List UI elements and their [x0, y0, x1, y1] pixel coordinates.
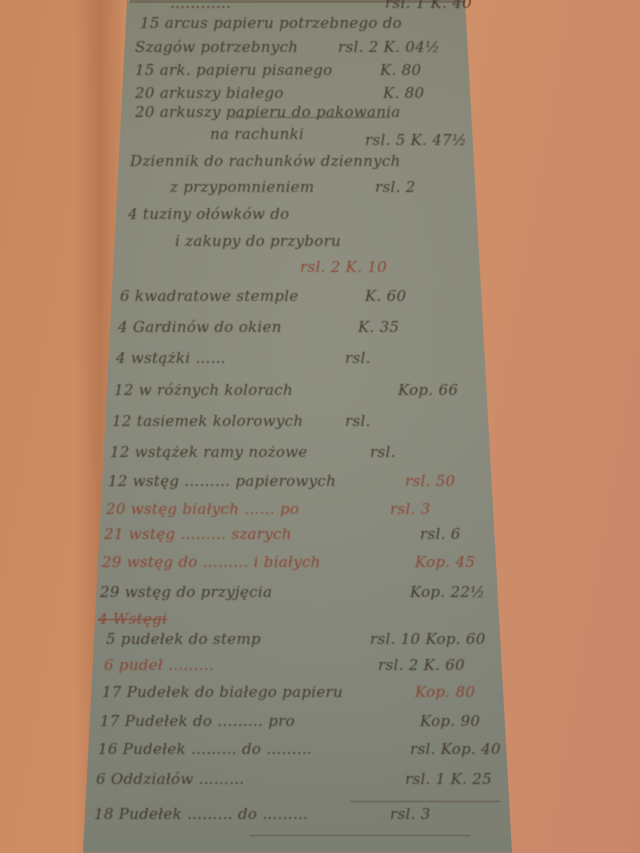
line-text: 6 kwadratowe stemple: [120, 287, 299, 305]
line-amount: rsl. 50: [405, 472, 455, 490]
ledger-amount: rsl.: [345, 412, 371, 430]
ledger-amount: rsl. 1 K. 40: [385, 0, 472, 12]
line-text: 16 Pudełek ……… do ………: [98, 740, 312, 758]
line-amount: K. 80: [383, 84, 424, 102]
ledger-amount: K. 35: [358, 318, 399, 336]
ledger-lines: ………… rsl. 1 K. 40 15 arcus papieru potrz…: [0, 0, 640, 853]
line-text: 12 wstążek ramy nożowe: [110, 443, 308, 461]
line-amount: rsl. 2 K. 10: [300, 258, 387, 276]
line-amount: K. 35: [358, 318, 399, 336]
line-amount: Kop. 22½: [410, 583, 485, 601]
ledger-amount: rsl. Kop. 40: [410, 740, 501, 758]
ledger-line: 17 Pudełek do białego papieru: [102, 683, 343, 701]
line-text: 12 tasiemek kolorowych: [112, 412, 303, 430]
line-text: 29 wstęg do przyjęcia: [100, 583, 272, 601]
ledger-amount: rsl.: [345, 349, 371, 367]
ledger-line: z przypomnieniem: [170, 178, 314, 196]
line-text: 17 Pudełek do białego papieru: [102, 683, 343, 701]
ledger-amount: K. 60: [365, 287, 406, 305]
ledger-line: 29 wstęg do ……… i białych: [102, 553, 321, 571]
ledger-amount: rsl. 6: [420, 525, 461, 543]
line-text: 6 Oddziałów ………: [96, 770, 244, 788]
line-amount: Kop. 90: [420, 712, 480, 730]
ledger-line: …………: [170, 0, 231, 12]
line-text: 18 Pudełek ……… do ………: [94, 805, 308, 823]
ledger-amount: rsl. 2 K. 10: [300, 258, 387, 276]
ledger-amount: rsl.: [370, 443, 396, 461]
ledger-line: 4 Wstęgi: [98, 610, 167, 628]
line-amount: rsl. 1 K. 25: [405, 770, 492, 788]
ledger-amount: Kop. 90: [420, 712, 480, 730]
underline-rule: [230, 117, 390, 118]
ledger-amount: Kop. 22½: [410, 583, 485, 601]
ledger-amount: K. 80: [383, 84, 424, 102]
ledger-line: 20 arkuszy papieru do pakowania: [135, 103, 401, 121]
ledger-line: 6 Oddziałów ………: [96, 770, 244, 788]
line-text: na rachunki: [210, 125, 304, 143]
line-text: 21 wstęg ……… szarych: [104, 525, 292, 543]
ledger-amount: rsl. 50: [405, 472, 455, 490]
ledger-amount: rsl. 3: [390, 500, 431, 518]
ledger-line: 6 kwadratowe stemple: [120, 287, 299, 305]
line-amount: rsl. 1 K. 40: [385, 0, 472, 12]
line-text: 6 pudeł ………: [104, 656, 214, 674]
ledger-amount: rsl. 10 Kop. 60: [370, 630, 486, 648]
line-amount: rsl. 3: [390, 805, 431, 823]
ledger-line: Szagów potrzebnych: [135, 38, 298, 56]
ledger-line: 15 arcus papieru potrzebnego do: [140, 14, 402, 32]
ledger-line: 6 pudeł ………: [104, 656, 214, 674]
ledger-line: 12 wstęg ……… papierowych: [108, 472, 336, 490]
ledger-amount: rsl. 2 K. 04½: [338, 38, 440, 56]
ledger-line: Dziennik do rachunków dziennych: [130, 152, 401, 170]
ledger-amount: rsl. 5 K. 47½: [365, 131, 467, 149]
line-text: 29 wstęg do ……… i białych: [102, 553, 321, 571]
ledger-amount: rsl. 1 K. 25: [405, 770, 492, 788]
ledger-line: 18 Pudełek ……… do ………: [94, 805, 308, 823]
line-text: Dziennik do rachunków dziennych: [130, 152, 401, 170]
line-text: 20 arkuszy białego: [135, 84, 284, 102]
line-text: 5 pudełek do stemp: [106, 630, 261, 648]
ledger-line: 21 wstęg ……… szarych: [104, 525, 292, 543]
line-amount: K. 60: [365, 287, 406, 305]
line-amount: rsl. 2: [375, 178, 416, 196]
line-amount: rsl. 3: [390, 500, 431, 518]
line-text: 12 wstęg ……… papierowych: [108, 472, 336, 490]
line-amount: rsl.: [345, 349, 371, 367]
ledger-line: 16 Pudełek ……… do ………: [98, 740, 312, 758]
line-text: 15 ark. papieru pisanego: [135, 61, 332, 79]
line-text: 4 tuziny ołówków do: [128, 205, 289, 223]
line-text: 4 wstążki ……: [116, 349, 226, 367]
ledger-amount: rsl. 3: [390, 805, 431, 823]
ledger-line: na rachunki: [210, 125, 304, 143]
line-text: 20 wstęg białych …… po: [106, 500, 299, 518]
line-amount: rsl.: [345, 412, 371, 430]
line-amount: rsl. 2 K. 60: [378, 656, 465, 674]
line-text: 4 Wstęgi: [98, 610, 167, 628]
ledger-line: 12 wstążek ramy nożowe: [110, 443, 308, 461]
line-amount: rsl. 10 Kop. 60: [370, 630, 486, 648]
line-text: 12 w różnych kolorach: [114, 381, 293, 399]
ledger-line: 15 ark. papieru pisanego: [135, 61, 332, 79]
ledger-amount: Kop. 80: [415, 683, 475, 701]
ledger-amount: Kop. 66: [398, 381, 458, 399]
ledger-line: 4 Gardinów do okien: [118, 318, 282, 336]
line-amount: rsl. 6: [420, 525, 461, 543]
ledger-line: 20 wstęg białych …… po: [106, 500, 299, 518]
line-text: i zakupy do przyboru: [175, 232, 341, 250]
ledger-line: 17 Pudełek do ……… pro: [100, 712, 295, 730]
line-amount: Kop. 45: [415, 553, 475, 571]
ledger-line: 4 tuziny ołówków do: [128, 205, 289, 223]
ledger-line: i zakupy do przyboru: [175, 232, 341, 250]
ledger-amount: Kop. 45: [415, 553, 475, 571]
line-text: 17 Pudełek do ……… pro: [100, 712, 295, 730]
line-text: z przypomnieniem: [170, 178, 314, 196]
ledger-amount: rsl. 2: [375, 178, 416, 196]
line-text: Szagów potrzebnych: [135, 38, 298, 56]
line-amount: Kop. 66: [398, 381, 458, 399]
line-text: 20 arkuszy papieru do pakowania: [135, 103, 401, 121]
line-text: 15 arcus papieru potrzebnego do: [140, 14, 402, 32]
line-amount: rsl. Kop. 40: [410, 740, 501, 758]
ledger-line: 12 tasiemek kolorowych: [112, 412, 303, 430]
ledger-line: 4 wstążki ……: [116, 349, 226, 367]
line-amount: rsl. 5 K. 47½: [365, 131, 467, 149]
line-amount: Kop. 80: [415, 683, 475, 701]
ledger-amount: rsl. 2 K. 60: [378, 656, 465, 674]
ledger-line: 20 arkuszy białego: [135, 84, 284, 102]
ledger-line: 12 w różnych kolorach: [114, 381, 293, 399]
ledger-line: 29 wstęg do przyjęcia: [100, 583, 272, 601]
underline-rule: [250, 835, 470, 836]
ledger-line: 5 pudełek do stemp: [106, 630, 261, 648]
line-text: …………: [170, 0, 231, 12]
line-amount: rsl.: [370, 443, 396, 461]
line-text: 4 Gardinów do okien: [118, 318, 282, 336]
underline-rule: [350, 801, 500, 802]
line-amount: rsl. 2 K. 04½: [338, 38, 440, 56]
line-amount: K. 80: [380, 61, 421, 79]
ledger-amount: K. 80: [380, 61, 421, 79]
